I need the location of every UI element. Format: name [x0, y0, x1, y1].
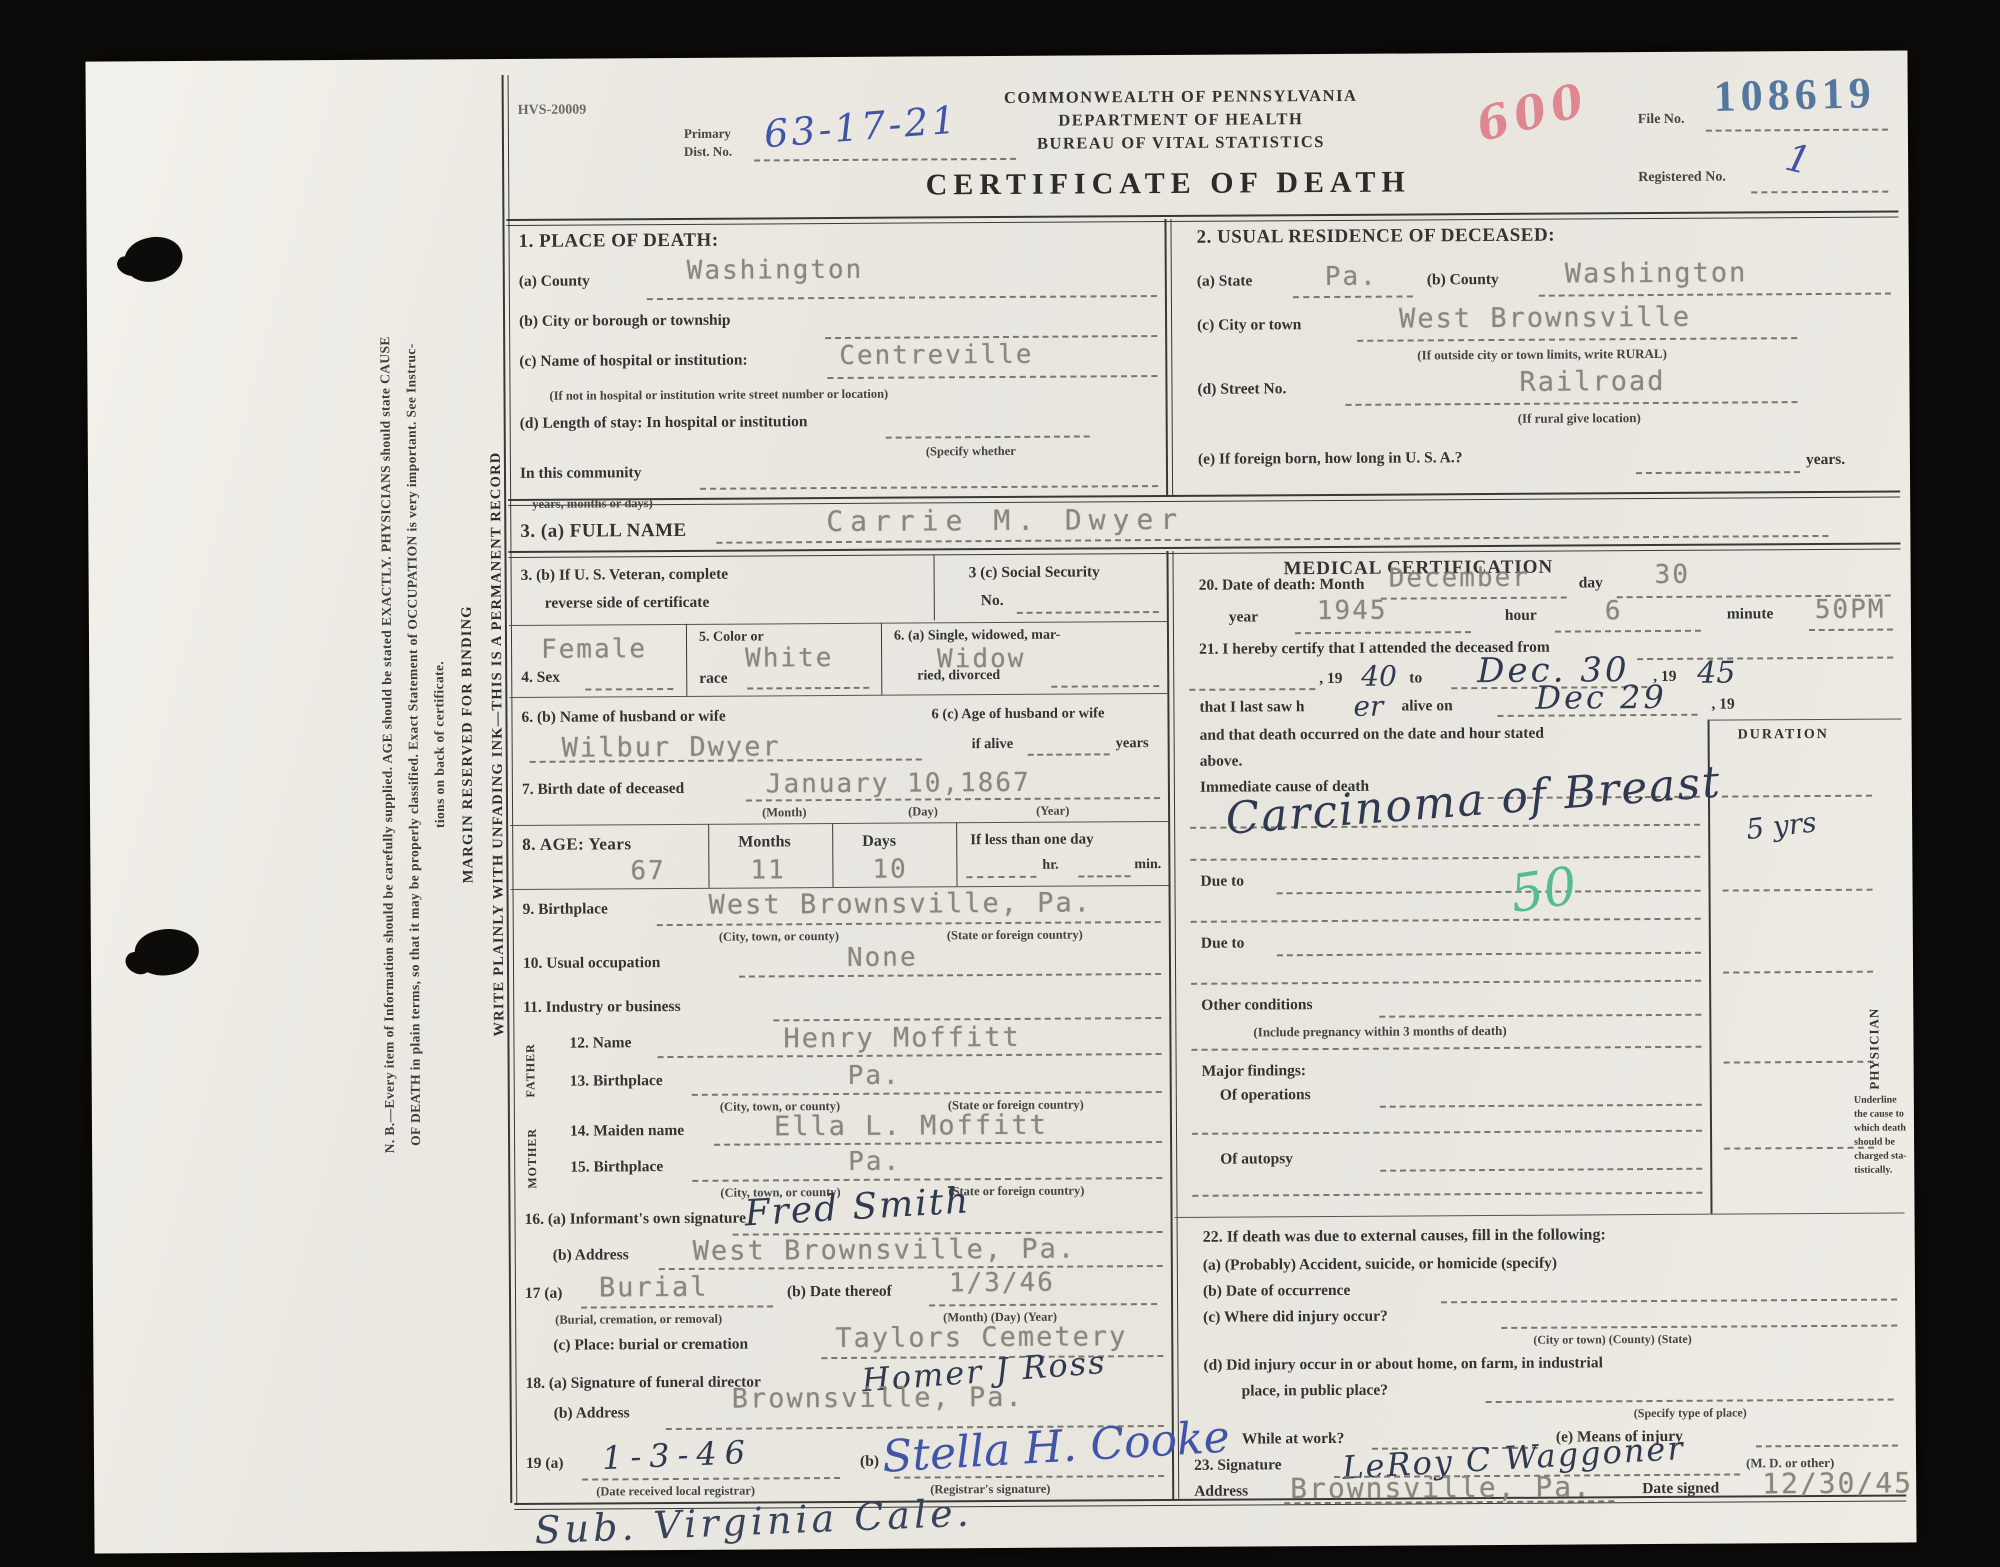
- certify-from-year-hand: 40: [1361, 660, 1397, 693]
- death-hour-value: 6: [1605, 596, 1623, 626]
- funeral-director-address-label: (b) Address: [554, 1404, 630, 1422]
- place-community-label: In this community: [520, 464, 642, 483]
- birthdate-value: January 10,1867: [766, 768, 1031, 800]
- age-days-label: Days: [862, 833, 896, 851]
- external-d-label1: (d) Did injury occur in or about home, o…: [1203, 1354, 1603, 1374]
- place-stay-label: (d) Length of stay: In hospital or insti…: [520, 413, 808, 433]
- death-month-line: [1381, 597, 1567, 600]
- external-top-rule: [1175, 1212, 1905, 1217]
- red-mark-600: 600: [1471, 71, 1595, 152]
- place-stay-line: [886, 435, 1090, 438]
- father-name-value: Henry Moffitt: [783, 1022, 1021, 1054]
- physician-note-4: should be: [1854, 1137, 1895, 1148]
- certify-line2: and that death occurred on the date and …: [1200, 725, 1544, 745]
- external-a-label: (a) (Probably) Accident, suicide, or hom…: [1203, 1255, 1557, 1275]
- residence-city-line: [1357, 337, 1797, 342]
- disposition-place-label: (c) Place: burial or cremation: [553, 1336, 748, 1355]
- registered-no-label: Registered No.: [1638, 170, 1726, 187]
- age-min-line: [1078, 875, 1130, 877]
- death-hour-line: [1555, 630, 1701, 633]
- disposition-note: (Burial, cremation, or removal): [555, 1312, 722, 1328]
- registrar-signature-line: [894, 1475, 1164, 1479]
- place-city-label: (b) City or borough or township: [519, 312, 731, 331]
- residence-foreign-suffix: years.: [1806, 451, 1845, 469]
- informant-address-value: West Brownsville, Pa.: [693, 1234, 1077, 1267]
- place-hospital-note: (If not in hospital or institution write…: [549, 387, 888, 404]
- other-conditions-note: (Include pregnancy within 3 months of de…: [1253, 1023, 1506, 1041]
- physician-address-label: Address: [1194, 1483, 1248, 1501]
- informant-address-label: (b) Address: [553, 1246, 629, 1264]
- birthplace-cap1: (City, town, or county): [719, 929, 839, 945]
- column-divider-lower: [1166, 551, 1179, 1499]
- age-hr-label: hr.: [1042, 858, 1058, 874]
- color-marital-divider: [881, 623, 882, 695]
- external-b-label: (b) Date of occurrence: [1203, 1282, 1350, 1301]
- row7-bottom-rule: [510, 821, 1168, 826]
- external-work-label: While at work?: [1242, 1430, 1345, 1449]
- mother-birthplace-label: 15. Birthplace: [570, 1158, 663, 1177]
- full-name-label: 3. (a) FULL NAME: [520, 520, 686, 543]
- row4-bottom-rule: [509, 693, 1167, 698]
- father-name-label: 12. Name: [569, 1034, 631, 1052]
- duration-fill-5: [1724, 1147, 1874, 1150]
- screenshot-stage: N. B.—Every item of Information should b…: [0, 0, 2000, 1567]
- birthdate-cap-year: (Year): [1036, 804, 1069, 819]
- physician-note-5: charged sta-: [1854, 1150, 1907, 1161]
- mother-birthplace-line: [692, 1177, 1162, 1182]
- age-divider1: [708, 824, 709, 888]
- place-community-note: years, months or days): [532, 496, 653, 512]
- external-c-line: [1501, 1325, 1897, 1329]
- saw-suffix: , 19: [1711, 696, 1734, 714]
- physician-note-3: which death: [1854, 1122, 1906, 1133]
- death-month-value: December: [1389, 563, 1530, 594]
- file-number-line: [1706, 129, 1888, 132]
- death-year-line: [1295, 631, 1471, 634]
- husband-label: 6. (b) Name of husband or wife: [521, 708, 725, 727]
- residence-heading: 2. USUAL RESIDENCE OF DECEASED:: [1196, 225, 1555, 249]
- sex-value: Female: [541, 634, 647, 665]
- husband-age-mid: if alive: [972, 736, 1014, 753]
- registrar-date-received: 1-3-46: [601, 1433, 753, 1477]
- residence-foreign-line: [1636, 471, 1800, 474]
- age-label: 8. AGE: Years: [522, 834, 631, 855]
- residence-foreign-label: (e) If foreign born, how long in U. S. A…: [1198, 449, 1463, 469]
- org-line2: DEPARTMENT OF HEALTH: [881, 108, 1481, 132]
- due-to-line-2: [1277, 952, 1701, 957]
- color-value: White: [745, 643, 833, 674]
- certify-line3: above.: [1200, 753, 1243, 771]
- veteran-ss-divider: [933, 554, 934, 620]
- registrar-b-label: (b): [860, 1453, 879, 1471]
- residence-state-value: Pa.: [1325, 262, 1378, 292]
- saw-her-hand: er: [1353, 690, 1383, 723]
- certify-from-line2: [1189, 688, 1315, 691]
- place-county-line: [647, 295, 1157, 300]
- file-no-label: File No.: [1638, 112, 1685, 128]
- org-line3: BUREAU OF VITAL STATISTICS: [881, 131, 1481, 155]
- physician-note-1: Underline: [1854, 1095, 1897, 1106]
- father-name-line: [658, 1053, 1162, 1058]
- residence-city-note: (If outside city or town limits, write R…: [1417, 346, 1667, 364]
- external-heading: 22. If death was due to external causes,…: [1203, 1226, 1606, 1246]
- residence-city-label: (c) City or town: [1197, 316, 1301, 335]
- age-divider2: [832, 823, 833, 887]
- mother-birthplace-value: Pa.: [848, 1147, 901, 1177]
- death-minute-line: [1809, 629, 1893, 632]
- death-day-label: day: [1579, 574, 1603, 592]
- place-hospital-value: Centreville: [839, 340, 1033, 371]
- other-blank-line: [1192, 1046, 1702, 1051]
- residence-county-value: Washington: [1565, 257, 1748, 289]
- registered-number-handwritten: 1: [1781, 135, 1815, 183]
- residence-street-note: (If rural give location): [1518, 410, 1641, 427]
- birthdate-cap-month: (Month): [762, 805, 807, 820]
- ss-label-line2: No.: [981, 592, 1004, 610]
- duration-fill-2: [1723, 889, 1873, 892]
- sex-line: [585, 688, 673, 691]
- funeral-director-label: 18. (a) Signature of funeral director: [525, 1373, 760, 1392]
- industry-label: 11. Industry or business: [523, 998, 680, 1017]
- duration-heading: DURATION: [1738, 727, 1829, 744]
- husband-age-suffix: years: [1116, 735, 1149, 752]
- death-hour-label: hour: [1505, 607, 1537, 625]
- age-min-label: min.: [1134, 857, 1161, 873]
- cause-line-3: [1190, 856, 1700, 861]
- death-day-value: 30: [1655, 560, 1690, 590]
- residence-county-label: (b) County: [1427, 271, 1499, 289]
- disposition-date-label: (b) Date thereof: [787, 1283, 892, 1302]
- certify-from-pre: , 19: [1319, 670, 1342, 688]
- certificate-title: CERTIFICATE OF DEATH: [868, 165, 1468, 203]
- mother-name-value: Ella L. Moffitt: [774, 1110, 1048, 1143]
- footnote-handwriting: Sub. Virginia Cale.: [534, 1491, 974, 1553]
- form-number: HVS-20009: [518, 103, 587, 119]
- certify-to-year-hand: 45: [1697, 656, 1735, 691]
- physician-strip-title: PHYSICIAN: [1866, 1008, 1883, 1090]
- column-divider-upper: [1164, 219, 1173, 495]
- residence-county-line: [1539, 293, 1891, 297]
- date-signed-label: Date signed: [1642, 1480, 1719, 1498]
- autopsy-blank-line: [1192, 1192, 1702, 1197]
- physician-sig-label: 23. Signature: [1194, 1456, 1282, 1475]
- ss-label-line1: 3 (c) Social Security: [969, 563, 1100, 582]
- place-stay-note: (Specify whether: [926, 444, 1016, 460]
- color-line: [747, 687, 869, 690]
- green-mark-50: 50: [1507, 856, 1581, 925]
- residence-street-label: (d) Street No.: [1197, 380, 1286, 399]
- industry-line: [773, 1017, 1161, 1021]
- father-side-label: FATHER: [523, 1043, 538, 1097]
- birthplace-label: 9. Birthplace: [523, 900, 608, 919]
- residence-city-value: West Brownsville: [1399, 302, 1691, 335]
- disposition-value: Burial: [599, 1272, 709, 1304]
- external-c-label: (c) Where did injury occur?: [1203, 1308, 1388, 1327]
- mother-name-label: 14. Maiden name: [570, 1122, 684, 1141]
- marital-line: [1051, 685, 1159, 688]
- age-months-label: Months: [738, 833, 791, 851]
- occupation-label: 10. Usual occupation: [523, 954, 660, 973]
- medical-date-label: 20. Date of death: Month: [1199, 576, 1365, 595]
- district-number-line: [754, 158, 1016, 162]
- marital-label-line1: 6. (a) Single, widowed, mar-: [894, 628, 1060, 645]
- age-months-value: 11: [750, 855, 785, 885]
- major-findings-label: Major findings:: [1202, 1062, 1306, 1081]
- mother-side-label: MOTHER: [525, 1128, 540, 1189]
- sex-color-divider: [686, 624, 687, 696]
- sex-label: 4. Sex: [521, 669, 560, 687]
- due-blank-line-1: [1191, 918, 1701, 923]
- residence-street-line: [1346, 401, 1798, 406]
- other-conditions-line: [1379, 1014, 1701, 1018]
- due-blank-line-2: [1191, 980, 1701, 985]
- duration-fill-4: [1724, 1061, 1874, 1064]
- death-year-label: year: [1229, 608, 1258, 626]
- physician-note-6: tistically.: [1854, 1165, 1892, 1176]
- place-community-line: [700, 485, 1158, 490]
- autopsy-label: Of autopsy: [1220, 1150, 1293, 1168]
- file-number-stamp: 108619: [1713, 67, 1876, 122]
- due-to-line-1: [1277, 890, 1701, 895]
- external-d-label2: place, in public place?: [1242, 1382, 1389, 1401]
- father-birthplace-value: Pa.: [848, 1061, 901, 1091]
- cause-value-hand: Carcinoma of Breast: [1224, 756, 1724, 845]
- veteran-label-line2: reverse side of certificate: [545, 594, 710, 613]
- certify-from-line1: [1637, 657, 1893, 661]
- residence-state-label: (a) State: [1197, 272, 1253, 290]
- autopsy-line: [1380, 1168, 1702, 1172]
- place-hospital-label: (c) Name of hospital or institution:: [519, 352, 747, 371]
- disposition-date-line: [929, 1303, 1157, 1306]
- saw-pre: that I last saw h: [1199, 698, 1304, 717]
- name-row-bottom-rule: [508, 543, 1900, 559]
- death-minute-label: minute: [1727, 605, 1774, 623]
- place-county-label: (a) County: [519, 273, 590, 291]
- external-d-note: (Specify type of place): [1634, 1405, 1747, 1421]
- place-city-line: [825, 335, 1157, 339]
- marital-label-line2: ried, divorced: [917, 668, 1000, 685]
- funeral-director-address-typed: Brownsville, Pa.: [732, 1382, 1024, 1415]
- certify-to-word: to: [1409, 669, 1422, 687]
- ss-line: [1017, 611, 1159, 614]
- husband-age-line: [1028, 753, 1110, 756]
- full-name-value: Carrie M. Dwyer: [826, 503, 1184, 538]
- external-b-line: [1441, 1299, 1897, 1304]
- saw-date-hand: Dec 29: [1535, 678, 1667, 717]
- org-line1: COMMONWEALTH OF PENNSYLVANIA: [881, 85, 1481, 109]
- other-conditions-label: Other conditions: [1201, 996, 1312, 1015]
- age-less-label: If less than one day: [970, 831, 1093, 849]
- primary-label: Primary: [684, 126, 731, 142]
- age-hr-line: [966, 876, 1036, 878]
- death-minute-value: 50PM: [1815, 595, 1886, 625]
- registrar-date-note: (Date received local registrar): [596, 1484, 755, 1500]
- age-days-value: 10: [872, 855, 907, 885]
- duration-box-top-border: [1708, 718, 1902, 720]
- duration-value-hand: 5 yrs: [1745, 805, 1819, 846]
- external-d-line: [1486, 1399, 1894, 1403]
- informant-label: 16. (a) Informant's own signature: [524, 1210, 746, 1229]
- registered-number-line: [1751, 191, 1888, 194]
- dist-no-label: Dist. No.: [684, 144, 732, 160]
- physician-note-2: the cause to: [1854, 1108, 1904, 1119]
- occupation-value: None: [847, 943, 918, 973]
- death-year-value: 1945: [1317, 596, 1388, 626]
- external-means-line: [1756, 1445, 1898, 1448]
- birthplace-line: [657, 921, 1161, 926]
- place-hospital-line: [827, 375, 1157, 379]
- husband-age-label: 6 (c) Age of husband or wife: [931, 705, 1104, 723]
- name-row-top-rule: [508, 491, 1900, 507]
- color-label-line2: race: [699, 670, 728, 688]
- saw-mid: alive on: [1401, 697, 1452, 715]
- header-bottom-rule: [506, 211, 1898, 227]
- due-to-label-2: Due to: [1201, 935, 1245, 953]
- place-county-value: Washington: [687, 255, 864, 286]
- age-years-value: 67: [630, 856, 665, 886]
- residence-street-value: Railroad: [1519, 366, 1665, 398]
- disposition-label: 17 (a): [525, 1285, 563, 1303]
- father-birthplace-label: 13. Birthplace: [570, 1072, 663, 1091]
- registrar-date-line: [582, 1477, 840, 1481]
- birthdate-label: 7. Birth date of deceased: [522, 780, 684, 799]
- due-to-label-1: Due to: [1200, 873, 1244, 891]
- operations-line: [1380, 1104, 1702, 1108]
- row3b-bottom-rule: [509, 621, 1167, 626]
- birthdate-cap-day: (Day): [908, 804, 938, 819]
- father-birthplace-line: [692, 1091, 1162, 1096]
- age-divider3: [956, 822, 957, 886]
- death-certificate-paper: N. B.—Every item of Information should b…: [85, 50, 1916, 1553]
- saw-date-line: [1497, 714, 1697, 717]
- duration-fill-3: [1723, 971, 1873, 974]
- operations-label: Of operations: [1220, 1086, 1311, 1105]
- veteran-label-line1: 3. (b) If U. S. Veteran, complete: [521, 566, 729, 585]
- birthplace-cap2: (State or foreign country): [947, 928, 1083, 944]
- registrar-label: 19 (a): [526, 1455, 564, 1473]
- residence-state-line: [1293, 295, 1413, 298]
- occupation-line: [739, 973, 1161, 978]
- duration-fill-1: [1722, 795, 1872, 798]
- place-of-death-heading: 1. PLACE OF DEATH:: [519, 230, 719, 253]
- operations-blank-line: [1192, 1130, 1702, 1135]
- external-c-caps: (City or town) (County) (State): [1533, 1332, 1692, 1348]
- date-signed-value: 12/30/45: [1762, 1466, 1913, 1500]
- birthplace-value: West Brownsville, Pa.: [709, 887, 1093, 920]
- disposition-date-value: 1/3/46: [949, 1268, 1055, 1299]
- disposition-line: [581, 1305, 773, 1308]
